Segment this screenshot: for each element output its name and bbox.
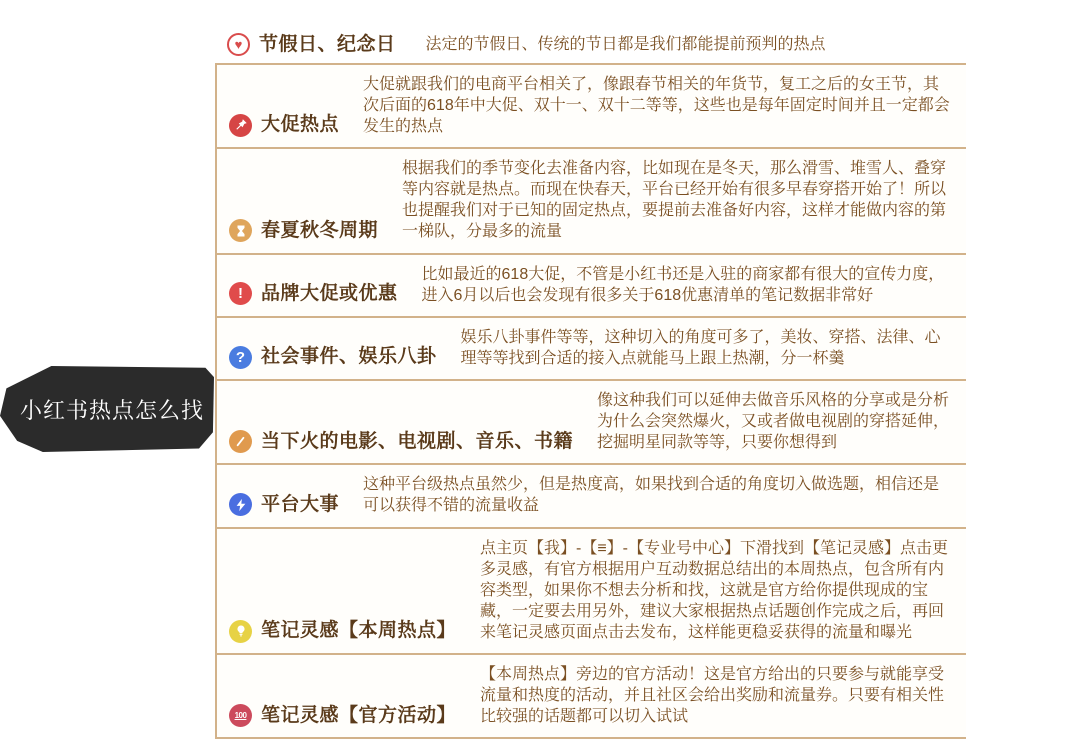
table-row: 大促热点大促就跟我们的电商平台相关了，像跟春节相关的年货节，复工之后的女王节，其… (217, 65, 966, 149)
row-header: !品牌大促或优惠 (229, 282, 398, 306)
row-title: 大促热点 (261, 113, 339, 137)
hourglass-icon (229, 219, 252, 242)
hot-topics-table: ♥节假日、纪念日法定的节假日、传统的节日都是我们都能提前预判的热点 大促热点大促… (215, 28, 966, 739)
row-description: 根据我们的季节变化去准备内容，比如现在是冬天，那么滑雪、堆雪人、叠穿等内容就是热… (402, 158, 954, 242)
row-description: 这种平台级热点虽然少，但是热度高，如果找到合适的角度切入做选题，相信还是可以获得… (363, 474, 954, 516)
row-header: 当下火的电影、电视剧、音乐、书籍 (229, 430, 573, 454)
table-row: 平台大事这种平台级热点虽然少，但是热度高，如果找到合适的角度切入做选题，相信还是… (217, 465, 966, 528)
table-row: !品牌大促或优惠比如最近的618大促，不管是小红书还是入驻的商家都有很大的宣传力… (217, 255, 966, 318)
heart-icon: ♥ (227, 33, 250, 56)
row-header: 100笔记灵感【官方活动】 (229, 704, 456, 728)
slash-icon (229, 430, 252, 453)
row-description: 娱乐八卦事件等等，这种切入的角度可多了，美妆、穿搭、法律、心理等等找到合适的接入… (461, 327, 954, 369)
topic-tag: 小红书热点怎么找 (0, 366, 214, 452)
row-title: 当下火的电影、电视剧、音乐、书籍 (261, 430, 573, 454)
row-header: 春夏秋冬周期 (229, 219, 378, 243)
lightning-icon (229, 493, 252, 516)
row-header: ?社会事件、娱乐八卦 (229, 345, 437, 369)
question-icon: ? (229, 346, 252, 369)
tag-label: 小红书热点怎么找 (10, 394, 204, 425)
row-description: 比如最近的618大促，不管是小红书还是入驻的商家都有很大的宣传力度，进入6月以后… (422, 264, 954, 306)
exclamation-icon: ! (229, 282, 252, 305)
row-header: 平台大事 (229, 493, 339, 517)
lightbulb-icon (229, 620, 252, 643)
pushpin-icon (229, 114, 252, 137)
table-row: 春夏秋冬周期根据我们的季节变化去准备内容，比如现在是冬天，那么滑雪、堆雪人、叠穿… (217, 149, 966, 254)
row-title: 笔记灵感【官方活动】 (261, 704, 456, 728)
row-description: 像这种我们可以延伸去做音乐风格的分享或是分析为什么会突然爆火，又或者做电视剧的穿… (597, 390, 954, 453)
row-header: 大促热点 (229, 113, 339, 137)
row-header: ♥节假日、纪念日 (227, 33, 396, 57)
table-row: 当下火的电影、电视剧、音乐、书籍像这种我们可以延伸去做音乐风格的分享或是分析为什… (217, 381, 966, 465)
row-header: 笔记灵感【本周热点】 (229, 619, 456, 643)
row-description: 【本周热点】旁边的官方活动！这是官方给出的只要参与就能享受流量和热度的活动，并且… (480, 664, 954, 727)
row-title: 品牌大促或优惠 (261, 282, 398, 306)
row-description: 法定的节假日、传统的节日都是我们都能提前预判的热点 (426, 34, 826, 55)
row-description: 大促就跟我们的电商平台相关了，像跟春节相关的年货节，复工之后的女王节，其次后面的… (363, 74, 954, 137)
row-description: 点主页【我】-【≡】-【专业号中心】下滑找到【笔记灵感】点击更多灵感，有官方根据… (480, 538, 954, 644)
row-title: 社会事件、娱乐八卦 (261, 345, 437, 369)
hundred-icon: 100 (229, 704, 252, 727)
table-body: 大促热点大促就跟我们的电商平台相关了，像跟春节相关的年货节，复工之后的女王节，其… (215, 63, 966, 740)
table-row: ?社会事件、娱乐八卦娱乐八卦事件等等，这种切入的角度可多了，美妆、穿搭、法律、心… (217, 318, 966, 381)
table-row: 100笔记灵感【官方活动】【本周热点】旁边的官方活动！这是官方给出的只要参与就能… (217, 655, 966, 739)
row-title: 春夏秋冬周期 (261, 219, 378, 243)
table-header-row-slot: ♥节假日、纪念日法定的节假日、传统的节日都是我们都能提前预判的热点 (215, 28, 966, 63)
table-row: ♥节假日、纪念日法定的节假日、传统的节日都是我们都能提前预判的热点 (215, 28, 966, 63)
row-title: 节假日、纪念日 (259, 33, 396, 57)
table-row: 笔记灵感【本周热点】点主页【我】-【≡】-【专业号中心】下滑找到【笔记灵感】点击… (217, 529, 966, 656)
row-title: 平台大事 (261, 493, 339, 517)
row-title: 笔记灵感【本周热点】 (261, 619, 456, 643)
